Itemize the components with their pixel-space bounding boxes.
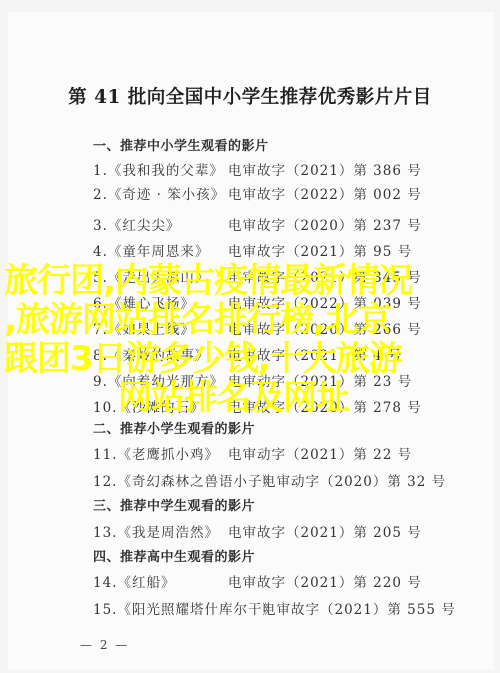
- section-heading-1: 一、推荐中小学生观看的影片: [93, 135, 269, 154]
- film-license: 电审动字（2020）第 32 号: [262, 470, 446, 490]
- overlay-line-1: 旅行团,内蒙古疫情最新情况: [0, 262, 500, 301]
- overlay-line-2: ,旅游网站排名排行榜,北京: [0, 301, 500, 340]
- film-title: 15.《阳光照耀塔什库尔干》: [93, 598, 277, 618]
- film-license: 电审故字（2021）第 220 号: [228, 571, 422, 591]
- film-title: 3.《红尖尖》: [93, 214, 180, 234]
- overlay-line-3: 跟团3日游多少钱,十大旅游: [0, 340, 500, 379]
- film-license: 电审故字（2020）第 237 号: [228, 214, 422, 234]
- film-title: 4.《童年周恩来》: [93, 240, 209, 260]
- overlay-line-4: 网站排名及网址: [0, 379, 500, 418]
- film-license: 电审故字（2021）第 386 号: [228, 159, 422, 179]
- film-license: 电审故字（2021）第 555 号: [262, 598, 456, 618]
- film-title: 13.《我是周浩然》: [93, 521, 219, 541]
- section-heading-3: 三、推荐中学生观看的影片: [93, 495, 255, 514]
- film-title: 11.《老鹰抓小鸡》: [93, 443, 219, 463]
- section-heading-4: 四、推荐高中生观看的影片: [93, 546, 255, 565]
- film-license: 电审故字（2022）第 002 号: [228, 183, 422, 203]
- film-title: 12.《奇幻森林之兽语小子》: [93, 470, 277, 490]
- overlay-caption: 旅行团,内蒙古疫情最新情况 ,旅游网站排名排行榜,北京 跟团3日游多少钱,十大旅…: [0, 262, 500, 418]
- film-title: 2.《奇迹 · 笨小孩》: [93, 183, 225, 203]
- film-license: 电审故字（2021）第 95 号: [228, 240, 412, 260]
- film-title: 14.《红船》: [93, 571, 175, 591]
- section-heading-2: 二、推荐小学生观看的影片: [93, 418, 255, 437]
- film-title: 1.《我和我的父辈》: [93, 159, 224, 179]
- document-title: 第 41 批向全国中小学生推荐优秀影片片目: [0, 83, 500, 109]
- film-license: 电审故字（2021）第 205 号: [228, 521, 422, 541]
- page-number: — 2 —: [80, 638, 129, 652]
- film-license: 电审动字（2021）第 22 号: [228, 443, 412, 463]
